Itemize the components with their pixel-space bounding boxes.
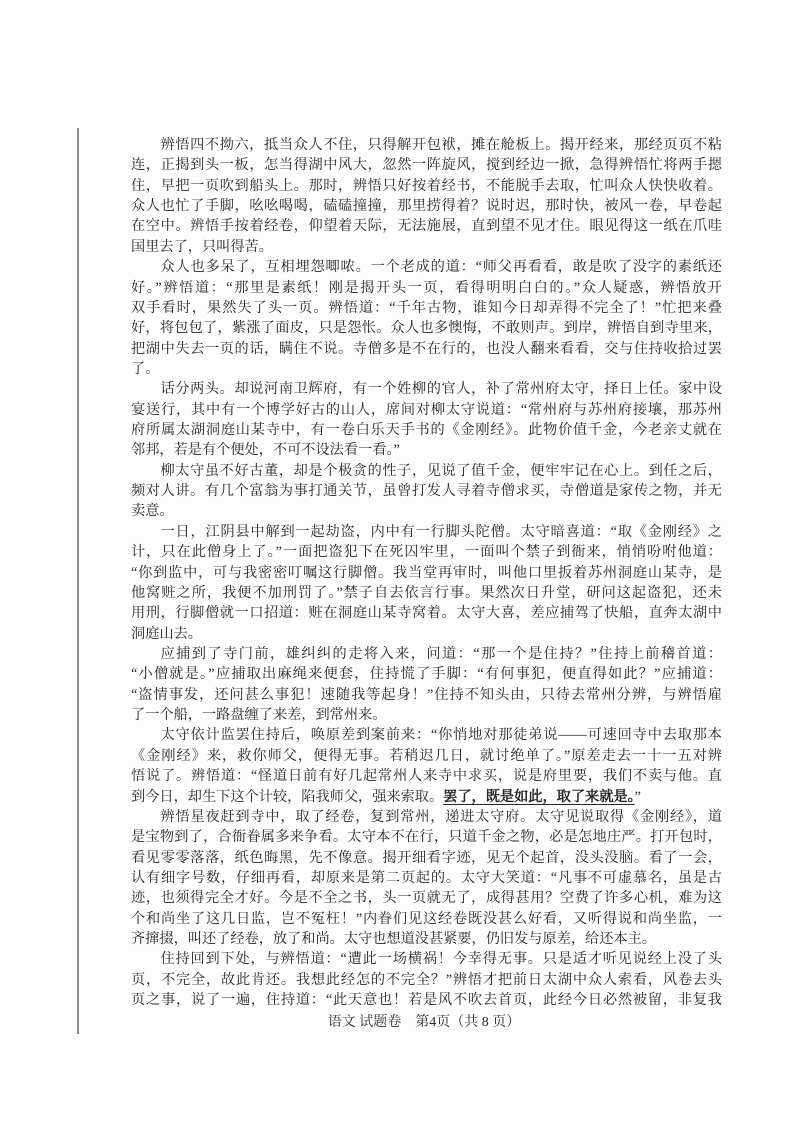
binding-margin-line xyxy=(77,128,79,1034)
text-line: 把湖中失去一页的话，瞒住不说。寺僧多是不在行的，也没人翻来看看，交与住持收拾过罢 xyxy=(131,339,722,359)
text-line: 好，将包包了，紫涨了面皮，只是怨怅。众人也多懊悔，不敢则声。到岸，辨悟自到寺里来… xyxy=(131,318,722,338)
text-line: “盗情事发，还问甚么事犯！速随我等起身！”住持不知头由，只待去常州分辨，与辨悟雇 xyxy=(131,685,722,705)
page-footer: 语文 试题卷第4页（共 8 页） xyxy=(324,1013,524,1033)
footer-subject-paper: 语文 试题卷 xyxy=(328,1015,402,1030)
text-line: “你到监中，可与我密密叮嘱这行脚僧。我当堂再审时，叫他口里扳着苏州洞庭山某寺，是 xyxy=(131,563,722,583)
text-line: 洞庭山去。 xyxy=(131,624,722,644)
text-line: 好。”辨悟道：“那里是素纸！刚是揭开头一页，看得明明白白的。”众人疑惑，辨悟放开 xyxy=(131,278,722,298)
text-line: 页，不完全，故此肯还。我想此经怎的不完全？”辨悟才把前日太湖中众人索看，风卷去头 xyxy=(131,970,722,990)
text-line: 一日，江阴县中解到一起劫盗，内中有一行脚头陀僧。太守暗喜道：“取《金刚经》之 xyxy=(131,522,722,542)
text-line: 众人也多呆了，互相埋怨唧哝。一个老成的道：“师父再看看，敢是吹了没字的素纸还 xyxy=(131,257,722,277)
text-line: 频对人讲。有几个富翁为事打通关节，虽曾打发人寻着寺僧求买，寺僧道是家传之物，并无 xyxy=(131,481,722,501)
text-line: 用刑，行脚僧就一口招道：赃在洞庭山某寺窝着。太守大喜，差应捕驾了快船，直奔太湖中 xyxy=(131,603,722,623)
text-line: 齐撺掇，叫还了经卷，放了和尚。太守也想道没甚紧要，仍旧发与原差，给还本主。 xyxy=(131,929,722,949)
paragraph-1: 辨悟四不拗六，抵当众人不住，只得解开包袱，摊在舱板上。揭开经来，那经页页不粘 连… xyxy=(131,135,722,257)
paragraph-6: 应捕到了寺门前，雄纠纠的走将入来，问道：“那一个是住持？”住持上前稽首道： “小… xyxy=(131,644,722,725)
text-line: “小僧就是。”应捕取出麻绳来便套，住持慌了手脚：“有何事犯，便直得如此？”应捕道… xyxy=(131,664,722,684)
text-line: 府所属太湖洞庭山某寺中，有一卷白乐天手书的《金刚经》。此物价值千金，今老亲丈就在 xyxy=(131,420,722,440)
text-line: 柳太守虽不好古董，却是个极贪的性子，见说了值千金，便牢牢记在心上。到任之后， xyxy=(131,461,722,481)
text-line: 辨悟四不拗六，抵当众人不住，只得解开包袱，摊在舱板上。揭开经来，那经页页不粘 xyxy=(131,135,722,155)
text-segment: 到今日，却生下这个计较，陷我师父，强来索取。 xyxy=(131,789,443,805)
paragraph-4: 柳太守虽不好古董，却是个极贪的性子，见说了值千金，便牢牢记在心上。到任之后， 频… xyxy=(131,461,722,522)
text-line: 卖意。 xyxy=(131,501,722,521)
text-line: 邻邦，若是有个便处，不可不设法看一看。” xyxy=(131,440,722,460)
text-line: 计，只在此僧身上了。”一面把盗犯下在死囚牢里，一面叫个禁子到衙来，悄悄吩咐他道： xyxy=(131,542,722,562)
reading-passage: 辨悟四不拗六，抵当众人不住，只得解开包袱，摊在舱板上。揭开经来，那经页页不粘 连… xyxy=(131,135,722,1010)
text-line: 双手看时，果然失了头一页。辨悟道：“千年古物，谁知今日却弄得不完全了！”忙把来叠 xyxy=(131,298,722,318)
text-line: 宴送行，其中有一个博学好古的山人，席间对柳太守说道：“常州府与苏州府接壤，那苏州 xyxy=(131,400,722,420)
text-line: 了一个船，一路盘缠了来差，到常州来。 xyxy=(131,705,722,725)
text-line: 住，早把一页吹到船头上。那时，辨悟只好按着经书，不能脱手去取，忙叫众人快快收着。 xyxy=(131,176,722,196)
text-line: 住持回到下处，与辨悟道：“遭此一场横祸！今幸得无事。只是适才听见说经上没了头 xyxy=(131,949,722,969)
paragraph-8: 辨悟星夜赶到寺中，取了经卷，复到常州，递进太守府。太守见说取得《金刚经》，道 是… xyxy=(131,807,722,950)
text-line: 众人也忙了手脚，吆吆喝喝，磕磕撞撞，那里捞得着？说时迟，那时快，被风一卷，早卷起 xyxy=(131,196,722,216)
text-line: 是宝物到了，合衙眷属多来争看。太守本不在行，只道千金之物，必是怎地庄严。打开包时… xyxy=(131,827,722,847)
text-line: 到今日，却生下这个计较，陷我师父，强来索取。罢了，既是如此，取了来就是。” xyxy=(131,787,722,807)
text-line: 辨悟星夜赶到寺中，取了经卷，复到常州，递进太守府。太守见说取得《金刚经》，道 xyxy=(131,807,722,827)
text-segment: ” xyxy=(635,789,641,805)
paragraph-2: 众人也多呆了，互相埋怨唧哝。一个老成的道：“师父再看看，敢是吹了没字的素纸还 好… xyxy=(131,257,722,379)
paragraph-3: 话分两头。却说河南卫辉府，有一个姓柳的官人，补了常州府太守，择日上任。家中设 宴… xyxy=(131,379,722,460)
text-line: 页之事，说了一遍，住持道：“此天意也！若是风不吹去首页，此经今日必然被留，非复我 xyxy=(131,990,722,1010)
paragraph-7: 太守依计监罢住持后，唤原差到案前来：“你悄地对那徒弟说——可速回寺中去取那本 《… xyxy=(131,725,722,806)
text-line: 话分两头。却说河南卫辉府，有一个姓柳的官人，补了常州府太守，择日上任。家中设 xyxy=(131,379,722,399)
footer-page-number: 第4页（共 8 页） xyxy=(415,1015,520,1030)
text-line: 应捕到了寺门前，雄纠纠的走将入来，问道：“那一个是住持？”住持上前稽首道： xyxy=(131,644,722,664)
text-line: 太守依计监罢住持后，唤原差到案前来：“你悄地对那徒弟说——可速回寺中去取那本 xyxy=(131,725,722,745)
text-line: 认有细字号数，仔细再看，却原来是第二页起的。太守大笑道：“凡事不可虚慕名，虽是古 xyxy=(131,868,722,888)
text-line: 迹，也须得完全才好。今是不全之书，头一页就无了，成得甚用？空费了许多心机，难为这 xyxy=(131,888,722,908)
paragraph-9: 住持回到下处，与辨悟道：“遭此一场横祸！今幸得无事。只是适才听见说经上没了头 页… xyxy=(131,949,722,1010)
text-line: 看见零零落落，纸色晦黑，先不像意。揭开细看字迹，见无个起首，没头没脑。看了一会， xyxy=(131,848,722,868)
text-line: 个和尚坐了这几日监，岂不冤枉！”内眷们见这经卷既没甚么好看，又听得说和尚坐监，一 xyxy=(131,909,722,929)
text-line: 《金刚经》来，救你师父，便得无事。若稍迟几日，就讨绝单了。”原差走去一十一五对辨 xyxy=(131,746,722,766)
text-line: 悟说了。辨悟道：“怪道日前有好几起常州人来寺中求买，说是府里要，我们不卖与他。直 xyxy=(131,766,722,786)
text-line: 国里去了，只叫得苦。 xyxy=(131,237,722,257)
underlined-bold-sentence: 罢了，既是如此，取了来就是。 xyxy=(443,789,635,805)
text-line: 他窝赃之所，我便不加刑罚了。”禁子自去依言行事。果然次日升堂，研问这起盗犯，还未 xyxy=(131,583,722,603)
paragraph-5: 一日，江阴县中解到一起劫盗，内中有一行脚头陀僧。太守暗喜道：“取《金刚经》之 计… xyxy=(131,522,722,644)
text-line: 在空中。辨悟手按着经卷，仰望着天际，无法施展，直到望不见才住。眼见得这一纸在爪哇 xyxy=(131,216,722,236)
text-line: 连，正揭到头一板，怎当得湖中风大，忽然一阵旋风，搅到经边一掀，急得辨悟忙将两手摁 xyxy=(131,155,722,175)
text-line: 了。 xyxy=(131,359,722,379)
